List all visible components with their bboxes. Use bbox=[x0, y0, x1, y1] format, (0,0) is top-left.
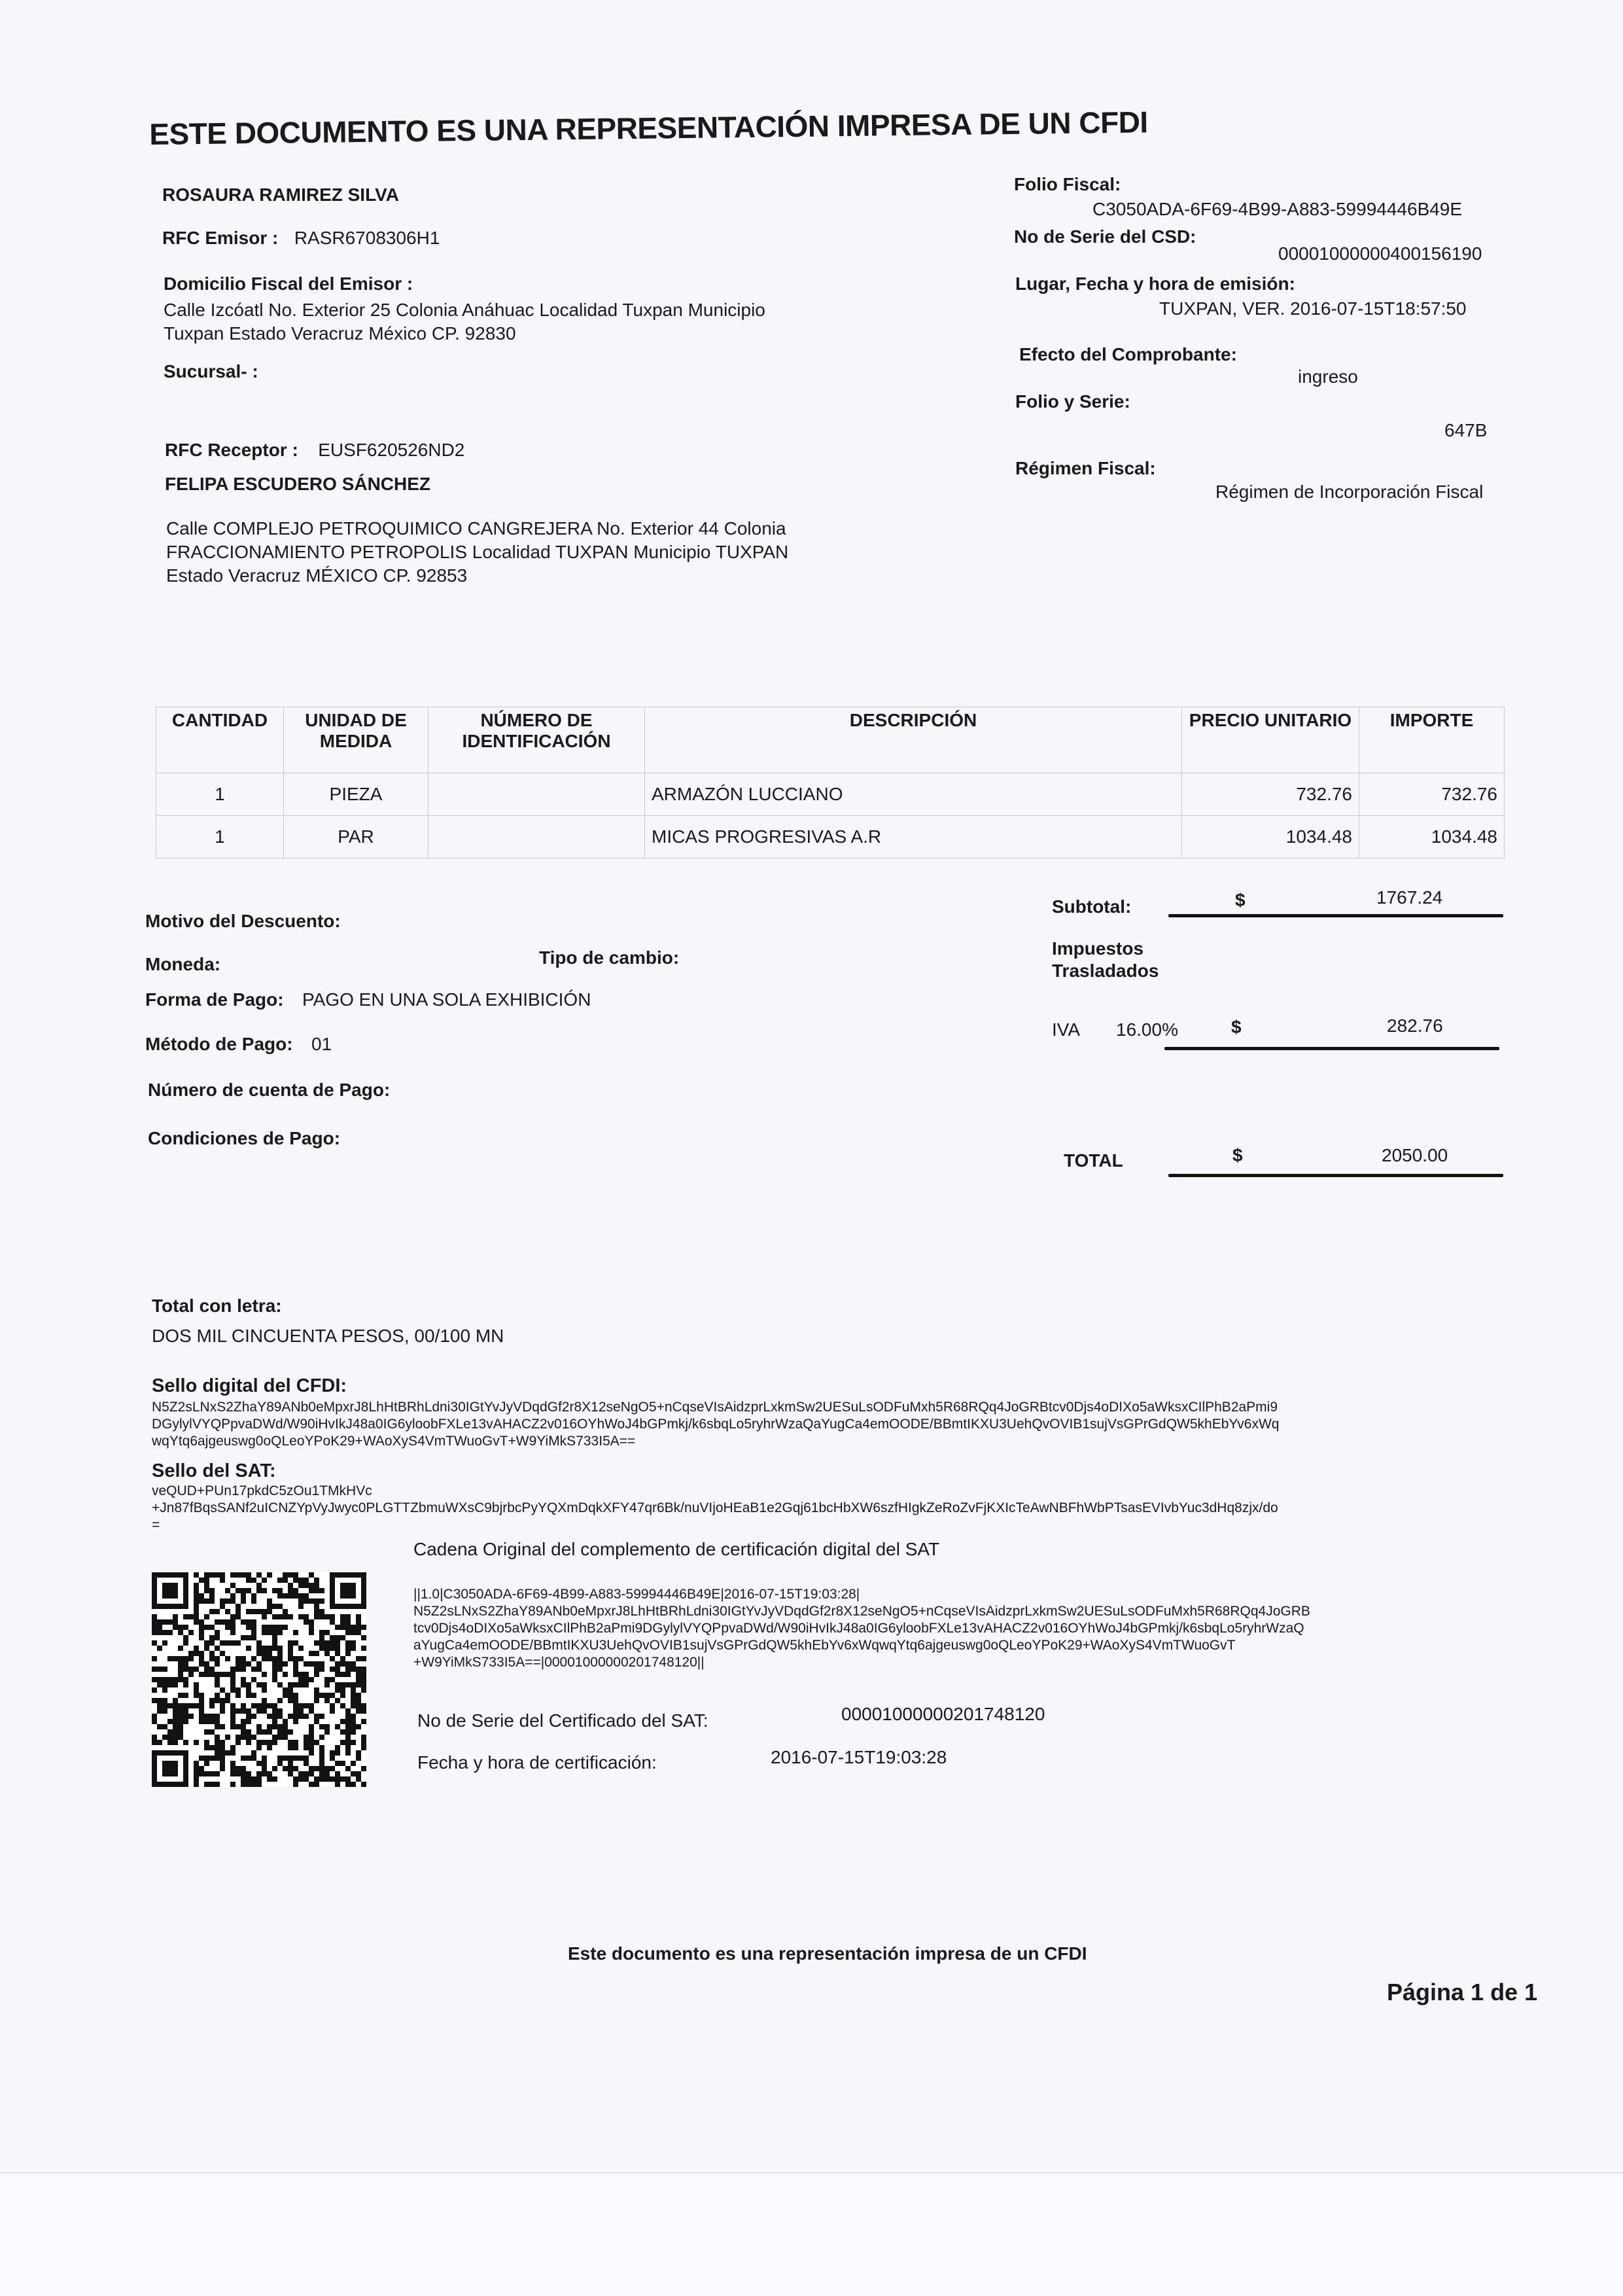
sello-cfdi-line: DGylylVYQPpvaDWd/W90iHvIkJ48a0IG6yloobFX… bbox=[152, 1416, 1279, 1433]
cell-cantidad: 1 bbox=[156, 773, 284, 816]
forma-pago: Forma de Pago: PAGO EN UNA SOLA EXHIBICI… bbox=[145, 989, 591, 1010]
sello-sat-line: = bbox=[152, 1517, 160, 1534]
receptor-domicilio-line: FRACCIONAMIENTO PETROPOLIS Localidad TUX… bbox=[166, 542, 788, 563]
fecha-certificacion-value: 2016-07-15T19:03:28 bbox=[771, 1747, 947, 1768]
lugar-fecha-value: TUXPAN, VER. 2016-07-15T18:57:50 bbox=[1159, 298, 1467, 319]
emisor-rfc-value: RASR6708306H1 bbox=[294, 228, 440, 248]
iva-underline bbox=[1164, 1047, 1499, 1050]
total-label: TOTAL bbox=[1064, 1150, 1123, 1171]
tipo-cambio-label: Tipo de cambio: bbox=[539, 947, 679, 968]
receptor-domicilio-line: Estado Veracruz MÉXICO CP. 92853 bbox=[166, 565, 467, 586]
folio-fiscal-value: C3050ADA-6F69-4B99-A883-59994446B49E bbox=[1092, 199, 1462, 220]
col-numero: NÚMERO DE IDENTIFICACIÓN bbox=[428, 707, 645, 773]
folio-serie-label: Folio y Serie: bbox=[1015, 391, 1130, 412]
cell-cantidad: 1 bbox=[156, 816, 284, 858]
serie-csd-label: No de Serie del CSD: bbox=[1014, 226, 1196, 247]
sello-cfdi-label: Sello digital del CFDI: bbox=[152, 1375, 347, 1397]
subtotal-currency: $ bbox=[1235, 890, 1246, 911]
emisor-domicilio-label: Domicilio Fiscal del Emisor : bbox=[164, 274, 413, 294]
page-number: Página 1 de 1 bbox=[1387, 1979, 1537, 2006]
sello-cfdi-line: wqYtq6ajgeuswg0oQLeoYPoK29+WAoXyS4VmTWuo… bbox=[152, 1433, 635, 1450]
regimen-label: Régimen Fiscal: bbox=[1015, 458, 1156, 479]
efecto-value: ingreso bbox=[1298, 366, 1358, 387]
sello-sat-line: +Jn87fBqsSANf2uICNZYpVyJwyc0PLGTTZbmuWXs… bbox=[152, 1500, 1278, 1517]
total-letra-label: Total con letra: bbox=[152, 1296, 282, 1316]
efecto-label: Efecto del Comprobante: bbox=[1019, 344, 1237, 365]
total-underline bbox=[1168, 1174, 1503, 1177]
cadena-original-line: N5Z2sLNxS2ZhaY89ANb0eMpxrJ8LhHtBRhLdni30… bbox=[413, 1603, 1310, 1620]
iva-value: 282.76 bbox=[1387, 1016, 1443, 1036]
col-cantidad: CANTIDAD bbox=[156, 707, 284, 773]
subtotal-value: 1767.24 bbox=[1376, 887, 1442, 908]
total-value: 2050.00 bbox=[1382, 1145, 1448, 1166]
cell-numero bbox=[428, 816, 645, 858]
forma-pago-label: Forma de Pago: bbox=[145, 989, 284, 1010]
table-row: 1 PIEZA ARMAZÓN LUCCIANO 732.76 732.76 bbox=[156, 773, 1505, 816]
moneda-label: Moneda: bbox=[145, 954, 220, 975]
cadena-original-line: +W9YiMkS733I5A==|00001000000201748120|| bbox=[413, 1654, 705, 1671]
emisor-domicilio-line: Tuxpan Estado Veracruz México CP. 92830 bbox=[164, 323, 516, 344]
col-precio: PRECIO UNITARIO bbox=[1182, 707, 1359, 773]
items-header-row: CANTIDAD UNIDAD DE MEDIDA NÚMERO DE IDEN… bbox=[156, 707, 1505, 773]
impuestos-label: Impuestos bbox=[1052, 938, 1143, 959]
serie-sat-value: 00001000000201748120 bbox=[841, 1704, 1045, 1725]
cell-numero bbox=[428, 773, 645, 816]
sello-cfdi-line: N5Z2sLNxS2ZhaY89ANb0eMpxrJ8LhHtBRhLdni30… bbox=[152, 1399, 1278, 1416]
cell-unidad: PAR bbox=[284, 816, 428, 858]
emisor-rfc-label: RFC Emisor : bbox=[162, 228, 278, 248]
qr-code-icon bbox=[152, 1572, 366, 1787]
fecha-certificacion-label: Fecha y hora de certificación: bbox=[417, 1752, 657, 1773]
cell-importe: 1034.48 bbox=[1359, 816, 1505, 858]
metodo-pago-value: 01 bbox=[311, 1034, 332, 1054]
iva-label: IVA bbox=[1052, 1019, 1080, 1040]
items-table: CANTIDAD UNIDAD DE MEDIDA NÚMERO DE IDEN… bbox=[156, 707, 1505, 858]
receptor-rfc-label: RFC Receptor : bbox=[165, 440, 298, 460]
motivo-descuento-label: Motivo del Descuento: bbox=[145, 911, 341, 932]
emisor-rfc: RFC Emisor : RASR6708306H1 bbox=[162, 228, 440, 249]
cadena-original-line: tcv0Djs4oDIXo5aWksxCIlPhB2aPmi9DGylylVYQ… bbox=[413, 1620, 1304, 1637]
condiciones-pago-label: Condiciones de Pago: bbox=[148, 1128, 340, 1149]
cadena-original-label: Cadena Original del complemento de certi… bbox=[413, 1539, 939, 1560]
cuenta-pago-label: Número de cuenta de Pago: bbox=[148, 1080, 390, 1101]
receptor-rfc: RFC Receptor : EUSF620526ND2 bbox=[165, 440, 464, 461]
cell-importe: 732.76 bbox=[1359, 773, 1505, 816]
lugar-fecha-label: Lugar, Fecha y hora de emisión: bbox=[1015, 274, 1295, 294]
receptor-name: FELIPA ESCUDERO SÁNCHEZ bbox=[165, 474, 430, 495]
col-unidad: UNIDAD DE MEDIDA bbox=[284, 707, 428, 773]
emisor-domicilio-line: Calle Izcóatl No. Exterior 25 Colonia An… bbox=[164, 300, 765, 321]
emisor-name: ROSAURA RAMIREZ SILVA bbox=[162, 185, 399, 205]
metodo-pago-label: Método de Pago: bbox=[145, 1034, 293, 1054]
iva-rate: 16.00% bbox=[1116, 1019, 1178, 1040]
cell-precio: 732.76 bbox=[1182, 773, 1359, 816]
sello-sat-line: veQUD+PUn17pkdC5zOu1TMkHVc bbox=[152, 1483, 372, 1500]
sello-sat-label: Sello del SAT: bbox=[152, 1460, 276, 1482]
cadena-original-line: ||1.0|C3050ADA-6F69-4B99-A883-59994446B4… bbox=[413, 1586, 860, 1603]
regimen-value: Régimen de Incorporación Fiscal bbox=[1215, 482, 1483, 503]
cell-unidad: PIEZA bbox=[284, 773, 428, 816]
serie-sat-label: No de Serie del Certificado del SAT: bbox=[417, 1710, 708, 1731]
forma-pago-value: PAGO EN UNA SOLA EXHIBICIÓN bbox=[302, 989, 591, 1010]
footer-note: Este documento es una representación imp… bbox=[568, 1943, 1087, 1964]
cadena-original-line: aYugCa4emOODE/BBmtIKXU3UehQvOVIB1sujVsGP… bbox=[413, 1637, 1235, 1654]
total-letra-value: DOS MIL CINCUENTA PESOS, 00/100 MN bbox=[152, 1326, 504, 1347]
iva-currency: $ bbox=[1231, 1017, 1242, 1038]
folio-serie-value: 647B bbox=[1444, 420, 1487, 441]
sucursal-label: Sucursal- : bbox=[164, 361, 258, 382]
subtotal-label: Subtotal: bbox=[1052, 896, 1131, 917]
cell-descripcion: ARMAZÓN LUCCIANO bbox=[645, 773, 1182, 816]
folio-fiscal-label: Folio Fiscal: bbox=[1014, 174, 1121, 195]
cell-precio: 1034.48 bbox=[1182, 816, 1359, 858]
trasladados-label: Trasladados bbox=[1052, 961, 1159, 981]
scanner-bed bbox=[0, 2172, 1623, 2296]
receptor-domicilio-line: Calle COMPLEJO PETROQUIMICO CANGREJERA N… bbox=[166, 518, 786, 539]
col-importe: IMPORTE bbox=[1359, 707, 1505, 773]
metodo-pago: Método de Pago: 01 bbox=[145, 1034, 332, 1055]
cell-descripcion: MICAS PROGRESIVAS A.R bbox=[645, 816, 1182, 858]
table-row: 1 PAR MICAS PROGRESIVAS A.R 1034.48 1034… bbox=[156, 816, 1505, 858]
col-descripcion: DESCRIPCIÓN bbox=[645, 707, 1182, 773]
receptor-rfc-value: EUSF620526ND2 bbox=[318, 440, 464, 460]
serie-csd-value: 00001000000400156190 bbox=[1278, 243, 1482, 264]
total-currency: $ bbox=[1232, 1145, 1243, 1166]
subtotal-underline bbox=[1168, 914, 1503, 917]
